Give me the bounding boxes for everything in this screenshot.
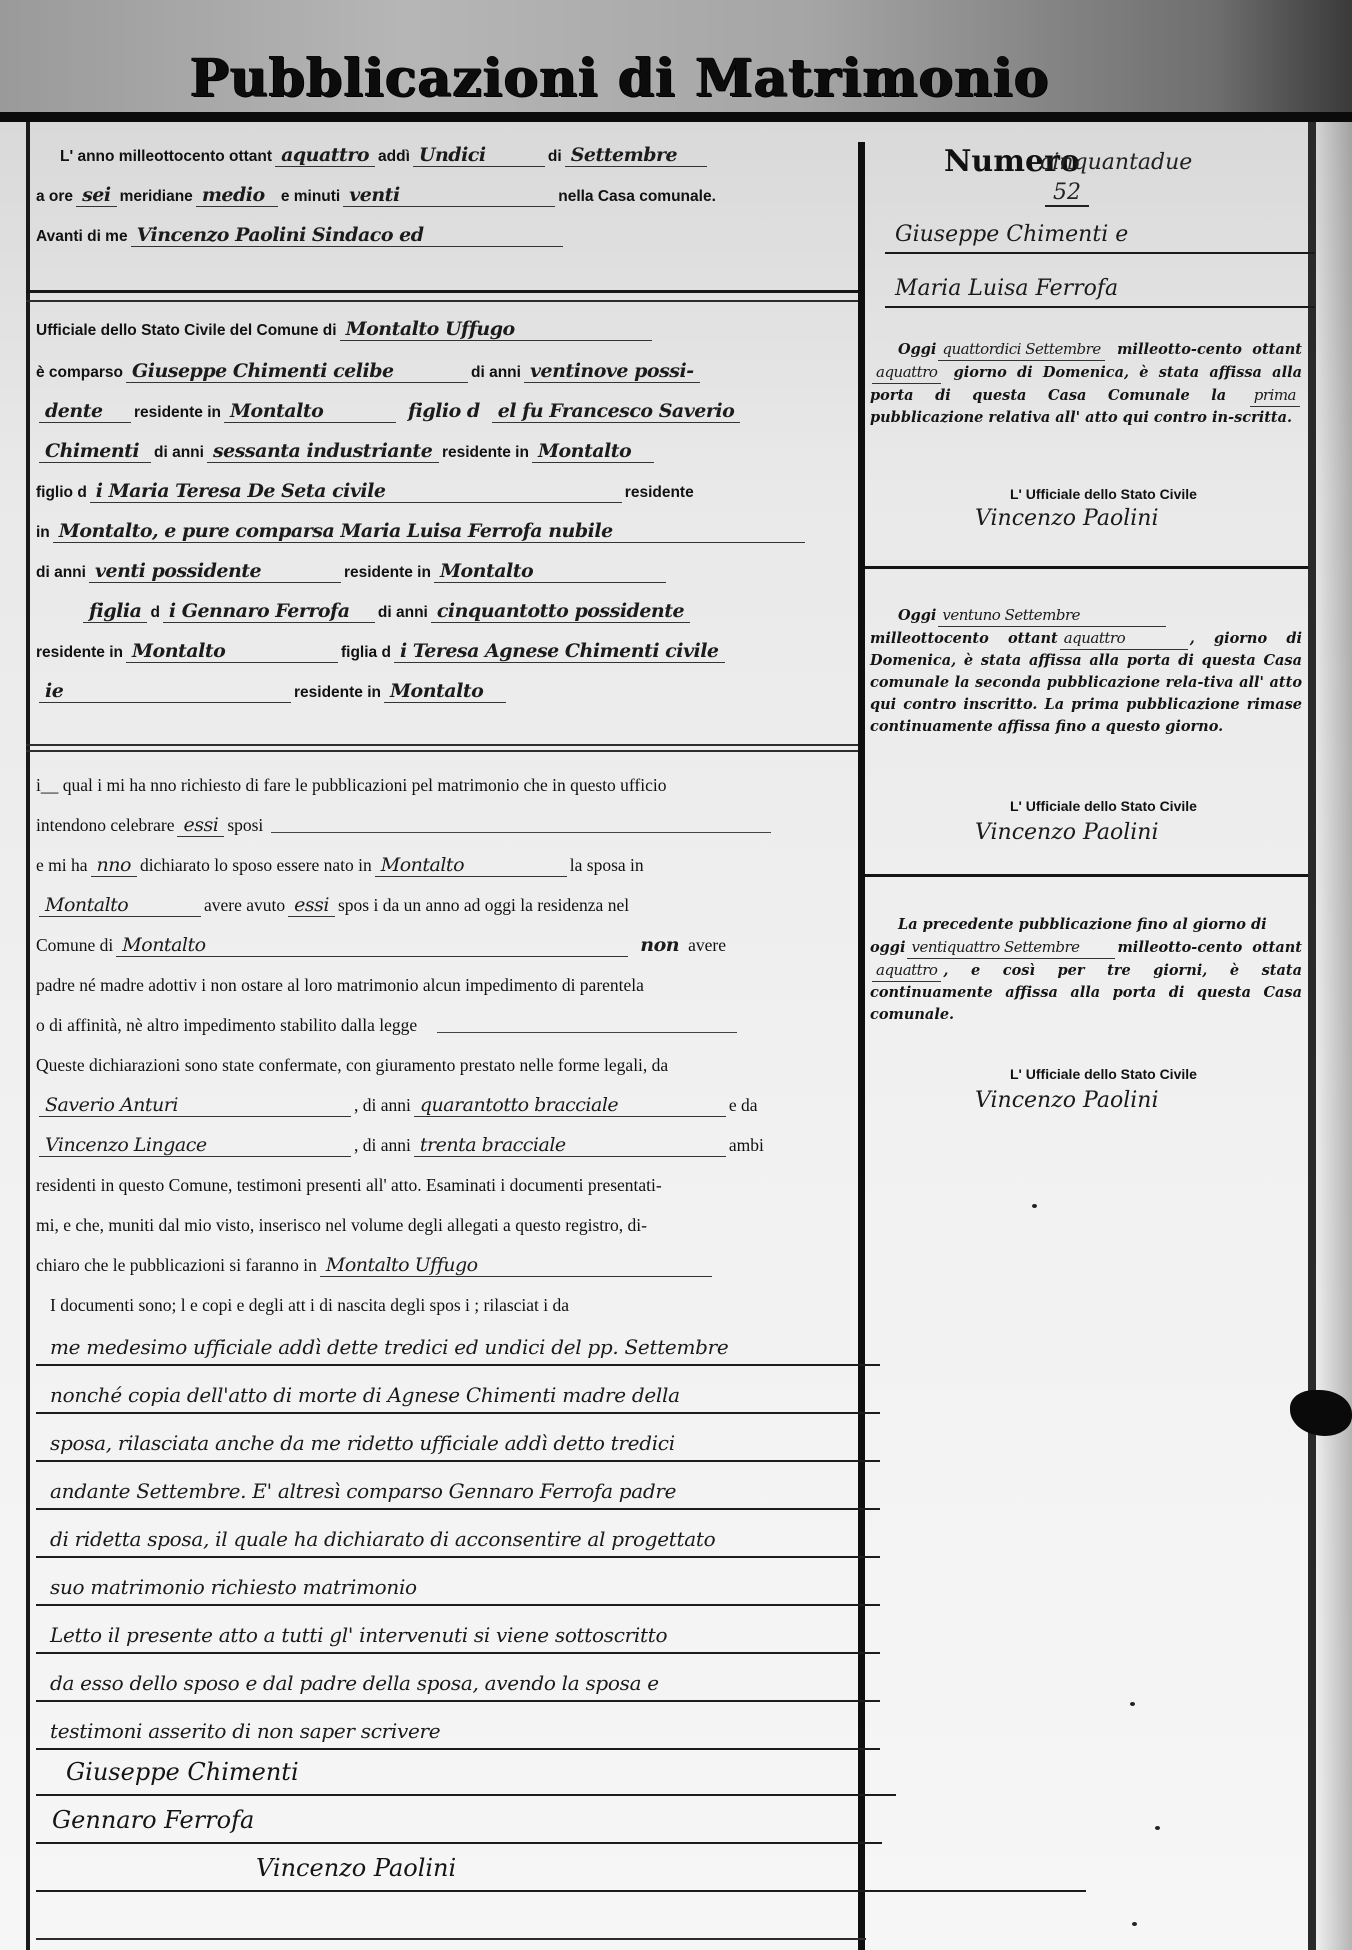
notice1-officer-title: L' Ufficiale dello Stato Civile — [1010, 486, 1197, 502]
figlia-text: figlia — [83, 600, 147, 623]
groom-father-surname: Chimenti — [39, 440, 151, 463]
speck — [1032, 1204, 1037, 1208]
groom-name-field: Giuseppe Chimenti celibe — [126, 360, 468, 383]
bride-residence-field: Montalto — [434, 560, 666, 583]
notice2-date-field: ventuno Settembre — [938, 604, 1166, 627]
label-text: la sposa in — [570, 855, 644, 875]
label-text: figlio d — [36, 484, 87, 501]
parties-line-2: è comparsoGiuseppe Chimenti celibedi ann… — [36, 360, 848, 384]
notice3-year-field: aquattro — [872, 959, 941, 982]
handwritten-line: Letto il presente atto a tutti gl' inter… — [36, 1618, 880, 1654]
label-text: d — [150, 604, 159, 621]
section-rule — [26, 300, 858, 302]
label-text: di anni — [36, 564, 86, 581]
parties-line-1: Ufficiale dello Stato Civile del Comune … — [36, 318, 848, 342]
handwritten-line: da esso dello sposo e dal padre della sp… — [36, 1666, 880, 1702]
right-groom-name: Giuseppe Chimenti e — [885, 218, 1315, 254]
label-text: intendono celebrare — [36, 815, 174, 835]
month-field: Settembre — [565, 144, 707, 167]
notice1-date-field: quattordici Settembre — [938, 338, 1104, 361]
label-text: e mi ha — [36, 855, 88, 875]
label-text: addì — [378, 148, 410, 165]
page-edge-shadow — [1312, 122, 1352, 1950]
notice-divider — [865, 874, 1308, 877]
label-text: o di affinità, nè altro impedimento stab… — [36, 1015, 417, 1035]
witness-2-line: Vincenzo Lingace, di annitrenta braccial… — [36, 1134, 848, 1157]
label-text: Oggi — [870, 341, 936, 358]
groom-mother-field: i Maria Teresa De Seta civile — [90, 480, 622, 503]
body-line-13: chiaro che le pubblicazioni si faranno i… — [36, 1254, 848, 1277]
groom-age-field: ventinove possi- — [524, 360, 700, 383]
figlio-text: figlio d — [402, 400, 486, 422]
label-text: residente in — [36, 644, 123, 661]
witness-1-name: Saverio Anturi — [39, 1094, 351, 1117]
notice3-date-field: ventiquattro Settembre — [907, 936, 1115, 959]
first-publication-notice: Oggiquattordici Settembre milleotto-cent… — [870, 338, 1302, 429]
body-line-4: Montaltoavere avutoessispos i da un anno… — [36, 894, 848, 917]
body-line-7: o di affinità, nè altro impedimento stab… — [36, 1014, 848, 1036]
bride-father-age-field: cinquantotto possidente — [431, 600, 690, 623]
handwritten-line: testimoni asserito di non saper scrivere — [36, 1714, 880, 1750]
label-text: di anni — [378, 604, 428, 621]
header-line-3: Avanti di meVincenzo Paolini Sindaco ed — [36, 224, 848, 248]
label-text: pubblicazione relativa all' atto qui con… — [870, 409, 1292, 426]
notice2-officer-title: L' Ufficiale dello Stato Civile — [1010, 798, 1197, 814]
label-text: dichiarato lo sposo essere nato in — [140, 855, 372, 875]
comune-residence-field: Montalto — [116, 934, 628, 957]
witness-1-line: Saverio Anturi, di anniquarantotto bracc… — [36, 1094, 848, 1117]
handwritten-line: me medesimo ufficiale addì dette tredici… — [36, 1330, 880, 1366]
witness-2-age: trenta bracciale — [414, 1134, 726, 1157]
bride-father-field: i Gennaro Ferrofa — [163, 600, 375, 623]
label-text: figlia d — [341, 644, 391, 661]
essi-field: essi — [177, 814, 224, 837]
label-text: ambi — [729, 1135, 764, 1155]
label-text: residente in — [344, 564, 431, 581]
bottom-rule — [36, 1938, 866, 1940]
groom-residence-field: Montalto — [224, 400, 396, 423]
bride-name-field: Montalto, e pure comparsa Maria Luisa Fe… — [53, 520, 805, 543]
signature-groom: Giuseppe Chimenti — [36, 1750, 896, 1796]
label-text: milleotto-cento ottant — [1117, 341, 1302, 358]
parties-line-4: Chimentidi annisessanta industrianteresi… — [36, 440, 848, 464]
header-rule — [0, 112, 1352, 122]
label-text: residente in — [134, 404, 221, 421]
numero-value-digits: 52 — [1045, 180, 1089, 207]
body-line-6: padre né madre adottiv i non ostare al l… — [36, 974, 848, 996]
label-text: La precedente pubblicazione fino al gior… — [870, 916, 1267, 933]
bride-age-field: venti possidente — [89, 560, 341, 583]
label-text: , di anni — [354, 1135, 411, 1155]
label-text: di — [548, 148, 562, 165]
label-text: oggi — [870, 939, 905, 956]
parties-line-3: denteresidente inMontaltofiglio del fu F… — [36, 400, 848, 424]
signature-bride-father: Gennaro Ferrofa — [36, 1798, 882, 1844]
handwritten-line: di ridetta sposa, il quale ha dichiarato… — [36, 1522, 880, 1558]
label-text: Avanti di me — [36, 228, 128, 245]
notice1-signature: Vincenzo Paolini — [975, 506, 1159, 531]
label-text: a ore — [36, 188, 73, 205]
label-text: è comparso — [36, 364, 123, 381]
groom-birthplace-field: Montalto — [375, 854, 567, 877]
left-border — [26, 122, 30, 1950]
right-bride-name: Maria Luisa Ferrofa — [885, 272, 1315, 308]
year-field: aquattro — [275, 144, 375, 167]
label-text: Ufficiale dello Stato Civile del Comune … — [36, 322, 337, 339]
body-line-14: I documenti sono; l e copi e degli att i… — [50, 1294, 862, 1316]
section-rule — [26, 750, 858, 752]
parties-line-7: di anniventi possidenteresidente inMonta… — [36, 560, 848, 584]
continuation-field: ie — [39, 680, 291, 703]
handwritten-line: suo matrimonio richiesto matrimonio — [36, 1570, 880, 1606]
second-publication-notice: Oggiventuno Settembre milleottocento ott… — [870, 604, 1302, 738]
parties-line-9: residente inMontaltofiglia di Teresa Agn… — [36, 640, 848, 664]
bride-father-residence-field: Montalto — [126, 640, 338, 663]
groom-father-field: el fu Francesco Saverio — [492, 400, 741, 423]
speck — [1155, 1826, 1160, 1830]
header-line-2: a oreseimeridianemedioe minutiventinella… — [36, 184, 848, 208]
parties-line-5: figlio di Maria Teresa De Seta civileres… — [36, 480, 848, 504]
label-text: in — [36, 524, 50, 541]
witness-1-age: quarantotto bracciale — [414, 1094, 726, 1117]
negation-text: non — [634, 934, 685, 956]
continuation-field: dente — [39, 400, 131, 423]
label-text: sposi — [227, 815, 263, 835]
parties-line-6: inMontalto, e pure comparsa Maria Luisa … — [36, 520, 848, 544]
body-line-11: residenti in questo Comune, testimoni pr… — [36, 1174, 848, 1196]
section-rule — [26, 290, 858, 293]
ink-blot — [1290, 1390, 1352, 1436]
notice3-officer-title: L' Ufficiale dello Stato Civile — [1010, 1066, 1197, 1082]
day-field: Undici — [413, 144, 545, 167]
notice2-year-field: aquattro — [1060, 627, 1188, 650]
notice-divider — [865, 566, 1308, 569]
header-line-1: L' anno milleottocento ottantaquattroadd… — [60, 144, 872, 168]
label-text: residente in — [294, 684, 381, 701]
label-text: Oggi — [870, 607, 936, 624]
handwritten-line: andante Settembre. E' altresì comparso G… — [36, 1474, 880, 1510]
body-line-12: mi, e che, muniti dal mio visto, inseris… — [36, 1214, 848, 1236]
nno-field: nno — [91, 854, 137, 877]
parties-line-10: ieresidente inMontalto — [36, 680, 848, 704]
essi-field: essi — [288, 894, 335, 917]
handwritten-line: sposa, rilasciata anche da me ridetto uf… — [36, 1426, 880, 1462]
label-text: da un anno ad oggi la residenza nel — [383, 895, 629, 915]
handwritten-line: nonché copia dell'atto di morte di Agnes… — [36, 1378, 880, 1414]
notice2-signature: Vincenzo Paolini — [975, 820, 1159, 845]
label-text: e da — [729, 1095, 758, 1115]
label-text: Comune di — [36, 935, 113, 955]
label-text: e minuti — [281, 188, 340, 205]
label-text: , di anni — [354, 1095, 411, 1115]
officer-field: Vincenzo Paolini Sindaco ed — [131, 224, 563, 247]
register-page: L' anno milleottocento ottantaquattroadd… — [0, 122, 1352, 1950]
label-text: milleottocento ottant — [870, 630, 1058, 647]
signature-officer: Vincenzo Paolini — [36, 1846, 1086, 1892]
label-text: residente — [625, 484, 694, 501]
father-age-field: sessanta industriante — [207, 440, 439, 463]
label-text: residente in — [442, 444, 529, 461]
section-rule — [26, 744, 858, 746]
label-text: di anni — [154, 444, 204, 461]
label-text: L' anno milleottocento ottant — [60, 148, 272, 165]
body-line-2: intendono celebrareessisposi — [36, 814, 848, 837]
minutes-field: venti — [343, 184, 555, 207]
label-text: avere avuto — [204, 895, 285, 915]
bride-mother-residence-field: Montalto — [384, 680, 506, 703]
notice3-signature: Vincenzo Paolini — [975, 1088, 1159, 1113]
body-line-5: Comune diMontaltononavere — [36, 934, 848, 957]
right-border — [1308, 122, 1316, 1950]
speck — [1130, 1702, 1135, 1706]
label-text: milleotto-cento ottant — [1117, 939, 1302, 956]
body-line-3: e mi hannodichiarato lo sposo essere nat… — [36, 854, 848, 877]
numero-value: cinquantadue — [1040, 150, 1192, 175]
label-text: chiaro che le pubblicazioni si faranno i… — [36, 1255, 317, 1275]
label-text: avere — [688, 935, 726, 955]
father-residence-field: Montalto — [532, 440, 654, 463]
comune-field: Montalto Uffugo — [340, 318, 652, 341]
notice1-ordinal-field: prima — [1250, 384, 1300, 407]
parties-line-8: figliadi Gennaro Ferrofadi annicinquanto… — [80, 600, 892, 624]
witness-2-name: Vincenzo Lingace — [39, 1134, 351, 1157]
bride-birthplace-field: Montalto — [39, 894, 201, 917]
meridian-field: medio — [196, 184, 278, 207]
hour-field: sei — [76, 184, 117, 207]
body-line-8: Queste dichiarazioni sono state conferma… — [36, 1054, 848, 1076]
body-line-1: i__ qual i mi ha nno richiesto di fare l… — [36, 774, 848, 796]
label-text: meridiane — [120, 188, 193, 205]
bride-mother-field: i Teresa Agnese Chimenti civile — [394, 640, 725, 663]
notice1-year-field: aquattro — [872, 361, 941, 384]
third-publication-notice: La precedente pubblicazione fino al gior… — [870, 914, 1302, 1026]
label-text: di anni — [471, 364, 521, 381]
document-title: Pubblicazioni di Matrimonio — [190, 48, 1050, 109]
publication-place-field: Montalto Uffugo — [320, 1254, 712, 1277]
label-text: spos i — [338, 895, 378, 915]
speck — [1132, 1922, 1137, 1926]
label-text: nella Casa comunale. — [558, 188, 716, 205]
